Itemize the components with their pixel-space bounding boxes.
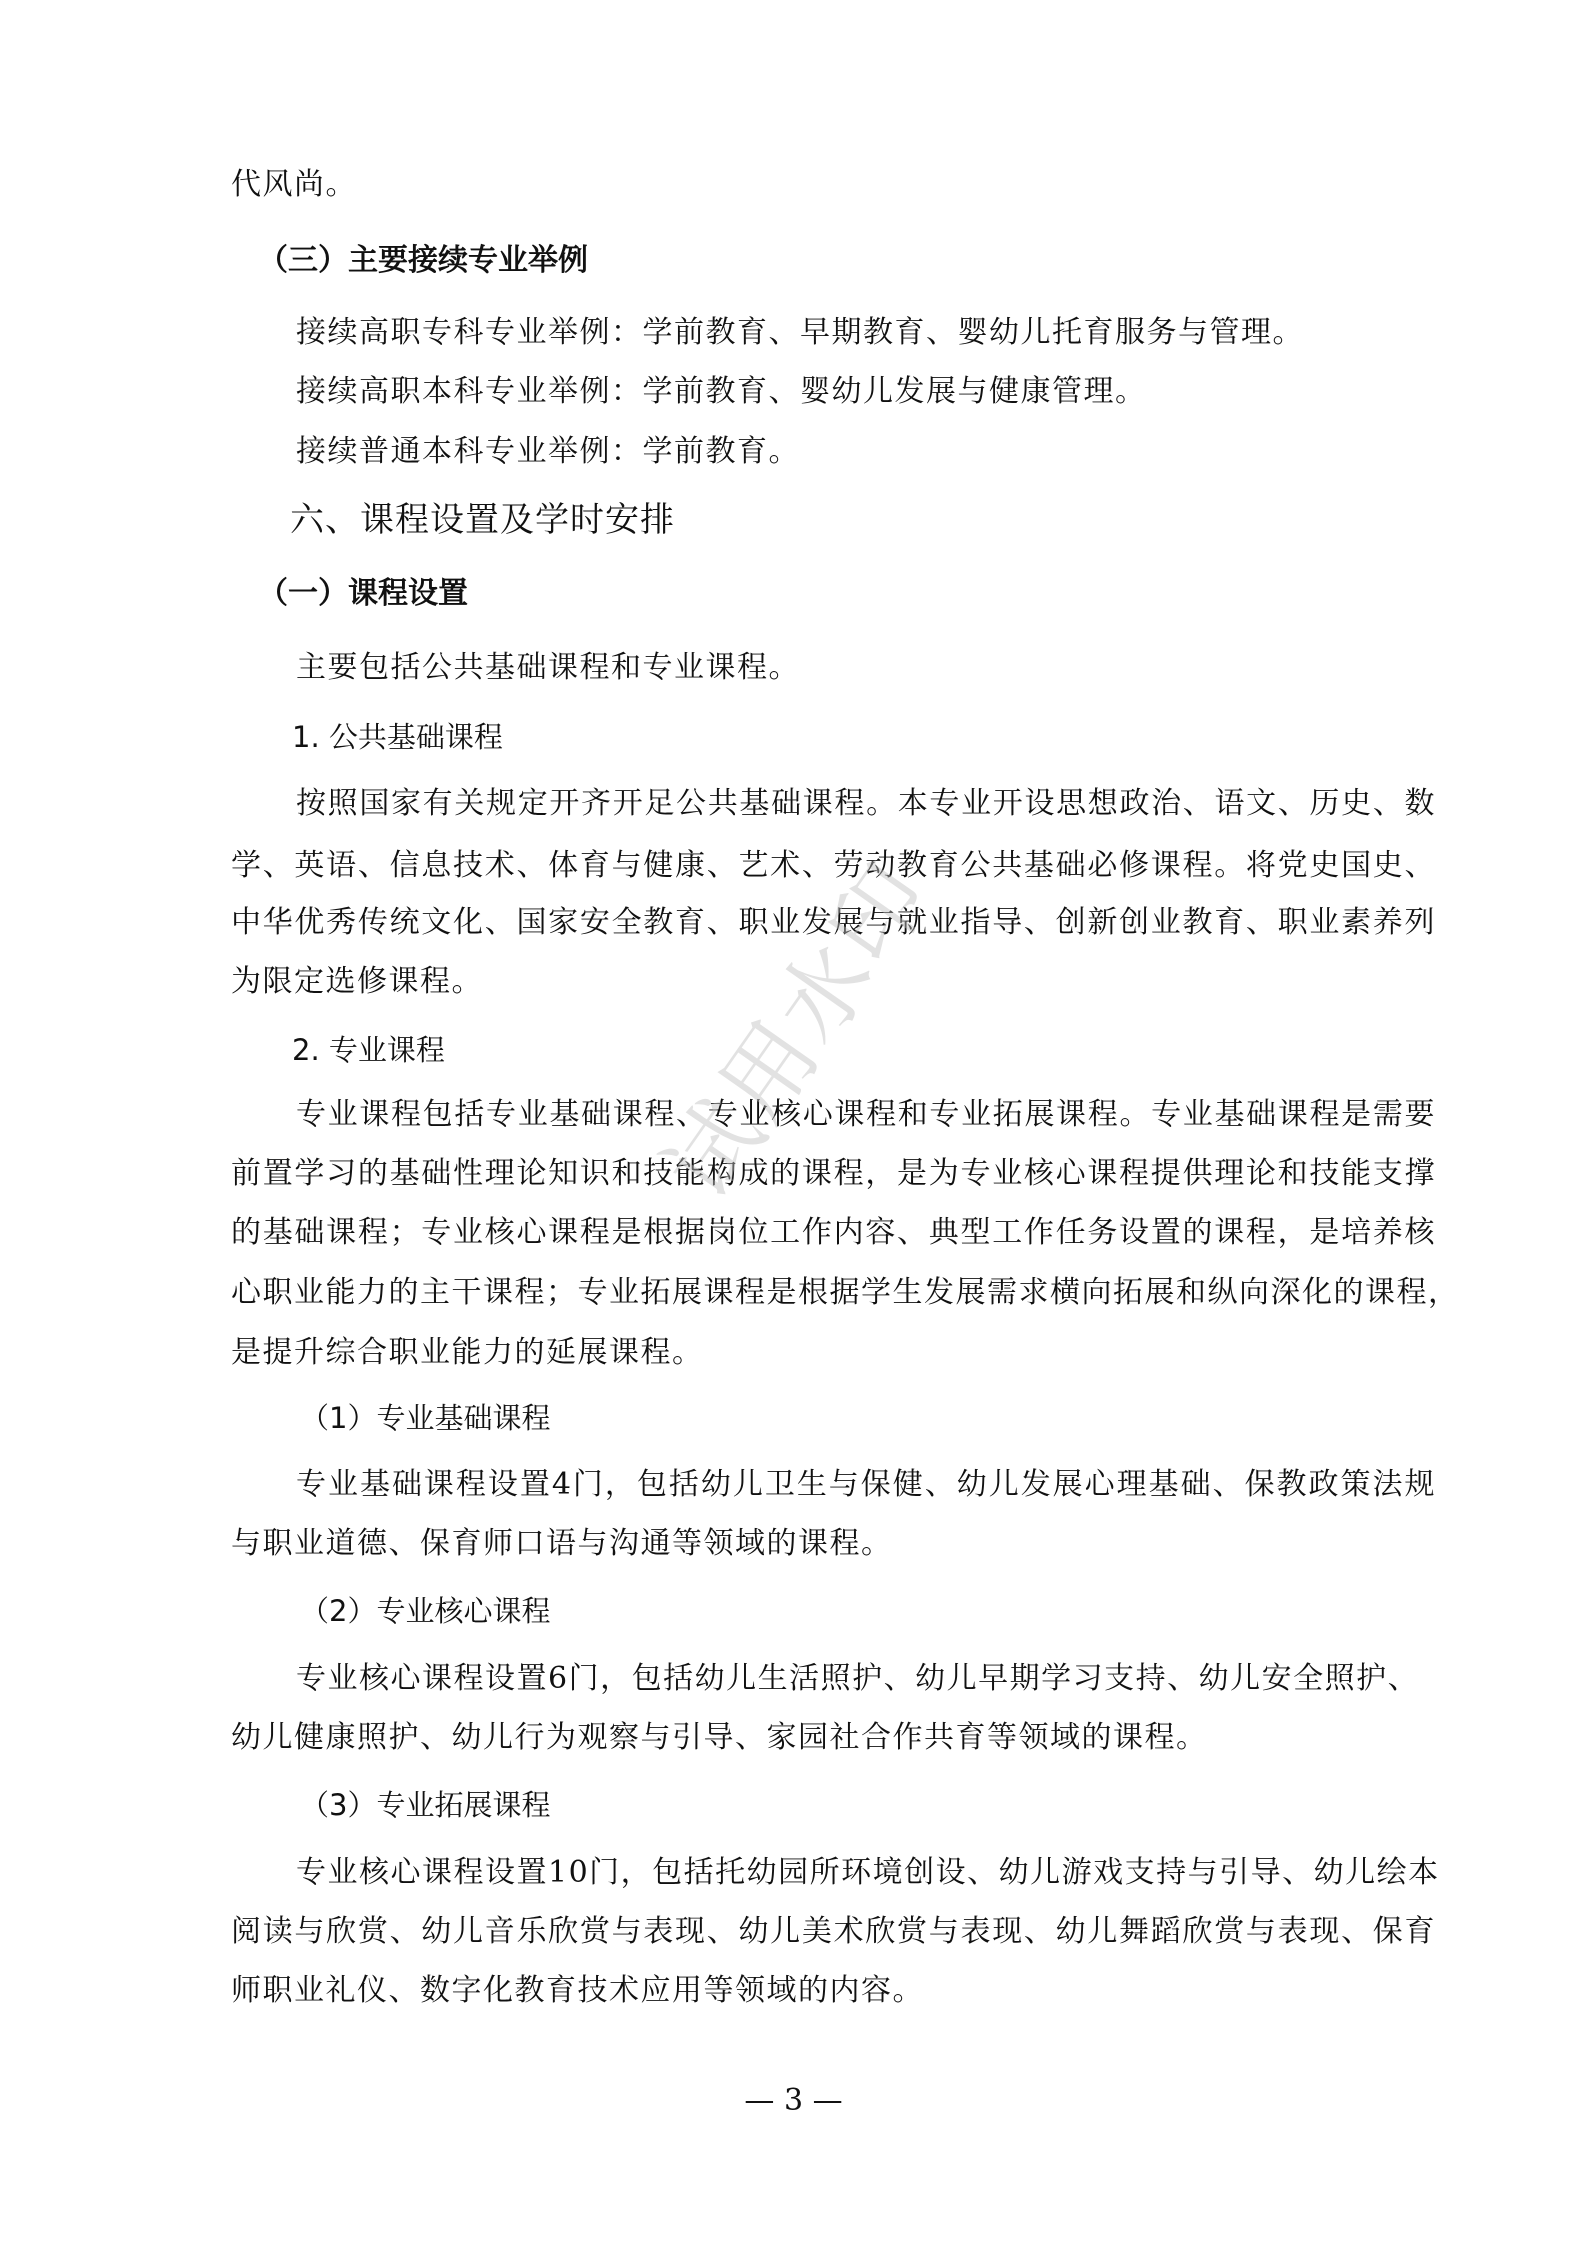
professional-courses-line-4: 心职业能力的主干课程；专业拓展课程是根据学生发展需求横向拓展和纵向深化的课程， <box>231 1273 1436 1313</box>
heading-extended-professional: （3）专业拓展课程 <box>300 1785 1510 1825</box>
professional-courses-line-3: 的基础课程；专业核心课程是根据岗位工作内容、典型工作任务设置的课程，是培养核 <box>231 1213 1436 1253</box>
heading-core-professional: （2）专业核心课程 <box>300 1591 1510 1631</box>
heading-basic-professional: （1）专业基础课程 <box>300 1398 1510 1438</box>
extended-professional-line-3: 师职业礼仪、数字化教育技术应用等领域的内容。 <box>231 1971 1441 2011</box>
heading-public-basic-courses: 1. 公共基础课程 <box>292 717 1502 757</box>
basic-professional-line-1: 专业基础课程设置4门，包括幼儿卫生与保健、幼儿发展心理基础、保教政策法规 <box>296 1465 1436 1505</box>
subheading-course-setup: （一）课程设置 <box>258 574 1468 614</box>
extended-professional-line-2: 阅读与欣赏、幼儿音乐欣赏与表现、幼儿美术欣赏与表现、幼儿舞蹈欣赏与表现、保育 <box>231 1912 1436 1952</box>
page-number: — 3 — <box>0 2083 1587 2118</box>
public-courses-line-1: 按照国家有关规定开齐开足公共基础课程。本专业开设思想政治、语文、历史、数 <box>296 784 1436 824</box>
subheading-continuing-majors: （三）主要接续专业举例 <box>258 241 1468 281</box>
document-page: 代风尚。 （三）主要接续专业举例 接续高职专科专业举例：学前教育、早期教育、婴幼… <box>0 0 1587 2245</box>
public-courses-line-2: 学、英语、信息技术、体育与健康、艺术、劳动教育公共基础必修课程。将党史国史、 <box>231 846 1436 886</box>
core-professional-line-2: 幼儿健康照护、幼儿行为观察与引导、家园社合作共育等领域的课程。 <box>231 1718 1441 1758</box>
section-heading-curriculum: 六、课程设置及学时安排 <box>290 500 1500 540</box>
professional-courses-line-2: 前置学习的基础性理论知识和技能构成的课程，是为专业核心课程提供理论和技能支撑 <box>231 1154 1436 1194</box>
course-setup-intro: 主要包括公共基础课程和专业课程。 <box>296 648 1506 688</box>
professional-courses-line-5: 是提升综合职业能力的延展课程。 <box>231 1333 1441 1373</box>
public-courses-line-4: 为限定选修课程。 <box>231 962 1441 1002</box>
heading-professional-courses: 2. 专业课程 <box>292 1030 1502 1070</box>
core-professional-line-1: 专业核心课程设置6门，包括幼儿生活照护、幼儿早期学习支持、幼儿安全照护、 <box>296 1659 1506 1699</box>
paragraph-tail: 代风尚。 <box>231 165 1441 205</box>
continuing-vocational-college: 接续高职专科专业举例：学前教育、早期教育、婴幼儿托育服务与管理。 <box>296 313 1506 353</box>
continuing-vocational-bachelor: 接续高职本科专业举例：学前教育、婴幼儿发展与健康管理。 <box>296 372 1506 412</box>
public-courses-line-3: 中华优秀传统文化、国家安全教育、职业发展与就业指导、创新创业教育、职业素养列 <box>231 903 1436 943</box>
professional-courses-line-1: 专业课程包括专业基础课程、专业核心课程和专业拓展课程。专业基础课程是需要 <box>296 1095 1436 1135</box>
extended-professional-line-1: 专业核心课程设置10门，包括托幼园所环境创设、幼儿游戏支持与引导、幼儿绘本 <box>296 1853 1436 1893</box>
basic-professional-line-2: 与职业道德、保育师口语与沟通等领域的课程。 <box>231 1524 1441 1564</box>
continuing-general-bachelor: 接续普通本科专业举例：学前教育。 <box>296 432 1506 472</box>
